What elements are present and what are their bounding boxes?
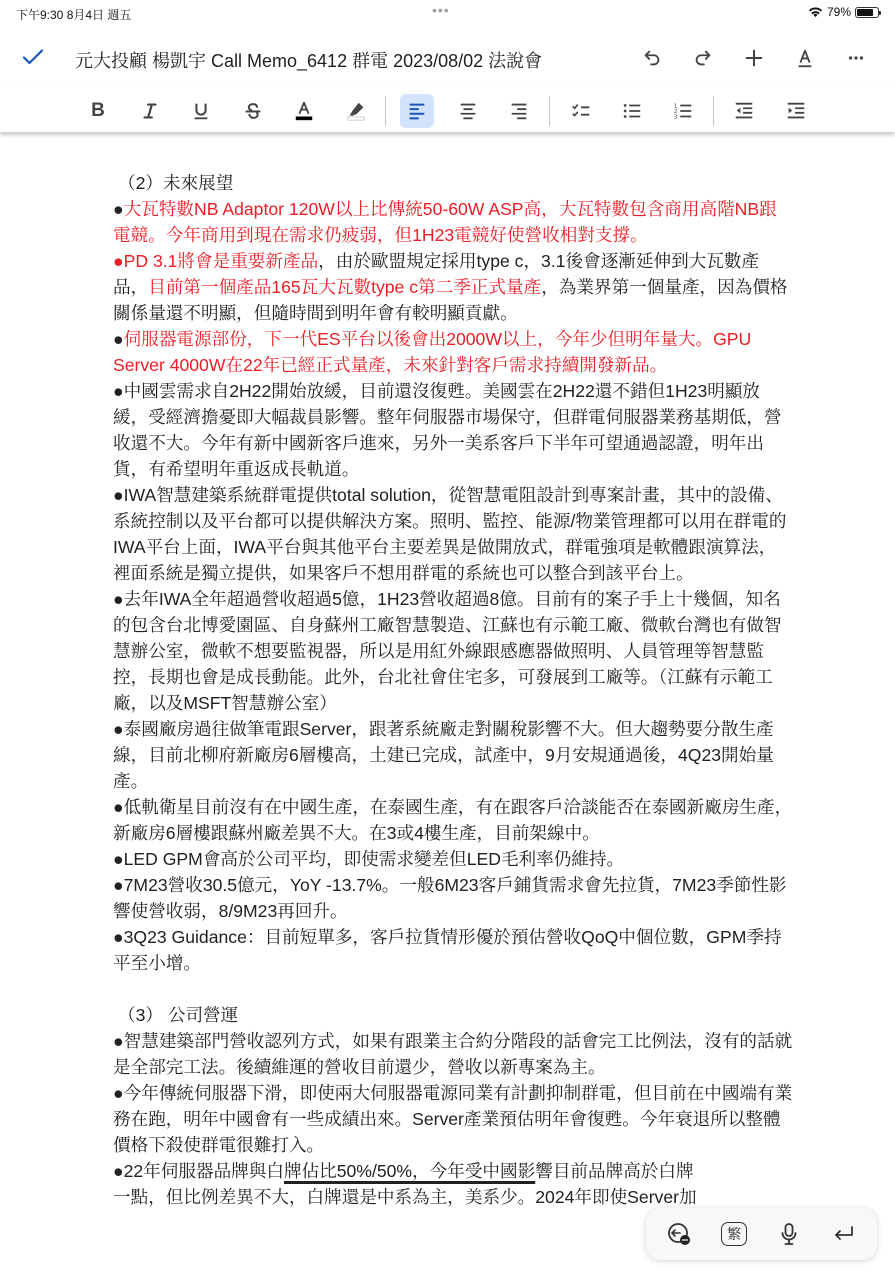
italic-button[interactable] [133, 94, 167, 128]
toolbar-divider [385, 96, 386, 126]
increase-indent-button[interactable] [779, 94, 813, 128]
document-content[interactable]: （2）未來展望 ●大瓦特數NB Adaptor 120W以上比傳統50-60W … [113, 170, 793, 1210]
text-run: ●22年伺服器品牌與白 [113, 1161, 284, 1181]
text-color-button[interactable] [287, 94, 321, 128]
keyboard-assistant-bar: 繁 [646, 1208, 877, 1260]
toolbar-divider [549, 96, 550, 126]
paragraph[interactable]: ●智慧建築部門營收認列方式，如果有跟業主合約分階段的話會完工比例法，沒有的話就是… [113, 1028, 793, 1080]
battery-icon [855, 7, 879, 18]
italic-icon [139, 100, 161, 122]
paragraph[interactable]: ●伺服器電源部份，下一代ES平台以後會出2000W以上，今年少但明年量大。GPU… [113, 326, 793, 378]
done-button[interactable] [20, 44, 46, 70]
bulleted-list-button[interactable] [615, 94, 649, 128]
battery-percent: 79% [827, 5, 851, 19]
undo-circle-icon [666, 1221, 692, 1247]
text-run: 響目前品牌高於白牌 [535, 1161, 693, 1181]
text-run: ● [113, 329, 124, 349]
paragraph[interactable]: ●22年伺服器品牌與白牌佔比50%/50%，今年受中國影響目前品牌高於白牌 [113, 1158, 793, 1184]
dictation-button[interactable] [769, 1214, 809, 1254]
bulleted-list-icon [621, 100, 643, 122]
paragraph[interactable]: ●7M23營收30.5億元，YoY -13.7%。一般6M23客戶鋪貨需求會先拉… [113, 872, 793, 924]
text-run-red: ●PD 3.1將會是重要新產品 [113, 251, 318, 271]
bold-icon: B [91, 100, 105, 122]
toolbar-divider [713, 96, 714, 126]
status-time-date: 下午9:30 8月4日 週五 [16, 6, 131, 23]
document-canvas[interactable]: （2）未來展望 ●大瓦特數NB Adaptor 120W以上比傳統50-60W … [0, 132, 895, 1280]
numbered-list-button[interactable]: 123 [666, 94, 700, 128]
text-run-marked: 牌佔比50%/50%，今年受中國影 [284, 1161, 535, 1181]
checkmark-icon [20, 44, 46, 70]
redo-button[interactable] [677, 42, 728, 74]
align-right-button[interactable] [502, 94, 536, 128]
underline-button[interactable] [184, 94, 218, 128]
section-heading: （3） 公司營運 [113, 1002, 793, 1028]
paragraph[interactable]: ●LED GPM會高於公司平均，即使需求變差但LED毛利率仍維持。 [113, 846, 793, 872]
more-icon [845, 47, 867, 69]
decrease-indent-icon [733, 100, 755, 122]
more-button[interactable] [830, 42, 881, 74]
text-run-red: 目前第一個產品165瓦大瓦數type c第二季正式量產 [148, 277, 541, 297]
text-run-red: 大瓦特數NB Adaptor 120W以上比傳統50-60W ASP高，大瓦特數… [113, 199, 777, 245]
status-bar: 下午9:30 8月4日 週五 ••• 79% [0, 0, 895, 28]
section-heading: （2）未來展望 [113, 170, 793, 196]
increase-indent-icon [785, 100, 807, 122]
plus-icon [743, 47, 765, 69]
decrease-indent-button[interactable] [727, 94, 761, 128]
paragraph[interactable]: ●今年傳統伺服器下滑，即使兩大伺服器電源同業有計劃抑制群電，但目前在中國端有業務… [113, 1080, 793, 1158]
microphone-icon [776, 1221, 802, 1247]
strikethrough-button[interactable] [236, 94, 270, 128]
title-bar: 元大投顧 楊凱宇 Call Memo_6412 群電 2023/08/02 法說… [0, 36, 895, 80]
paragraph[interactable]: ●泰國廠房過往做筆電跟Server，跟著系統廠走對關稅影響不大。但大趨勢要分散生… [113, 716, 793, 794]
status-right: 79% [808, 5, 879, 19]
blank-line [113, 976, 793, 1002]
text-format-button[interactable] [779, 42, 830, 74]
multitask-handle[interactable]: ••• [432, 2, 450, 18]
paragraph[interactable]: ●3Q23 Guidance：目前短單多，客戶拉貨情形優於預估營收QoQ中個位數… [113, 924, 793, 976]
paragraph[interactable]: ●中國雲需求自2H22開始放緩，目前還沒復甦。美國雲在2H22還不錯但1H23明… [113, 378, 793, 482]
return-button[interactable] [824, 1214, 864, 1254]
align-left-button[interactable] [400, 94, 434, 128]
wifi-icon [808, 6, 823, 18]
paragraph[interactable]: ●PD 3.1將會是重要新產品，由於歐盟規定採用type c，3.1後會逐漸延伸… [113, 248, 793, 326]
align-center-icon [457, 100, 479, 122]
numbered-list-icon: 123 [672, 100, 694, 122]
undo-typing-button[interactable] [659, 1214, 699, 1254]
paragraph[interactable]: 一點，但比例差異不大，白牌還是中系為主，美系少。2024年即使Server加 [113, 1184, 793, 1210]
title-actions [626, 42, 881, 74]
align-right-icon [508, 100, 530, 122]
svg-text:3: 3 [674, 114, 678, 120]
undo-button[interactable] [626, 42, 677, 74]
text-run: ● [113, 199, 124, 219]
paragraph[interactable]: ●大瓦特數NB Adaptor 120W以上比傳統50-60W ASP高，大瓦特… [113, 196, 793, 248]
text-color-icon [293, 100, 315, 122]
traditional-chinese-icon: 繁 [721, 1222, 747, 1246]
insert-button[interactable] [728, 42, 779, 74]
text-format-icon [794, 47, 816, 69]
undo-icon [641, 47, 663, 69]
align-center-button[interactable] [451, 94, 485, 128]
underline-icon [190, 100, 212, 122]
bold-button[interactable]: B [81, 94, 115, 128]
highlight-color-button[interactable] [339, 94, 373, 128]
return-icon [831, 1221, 857, 1247]
paragraph[interactable]: ●去年IWA全年超過營收超過5億，1H23營收超過8億。目前有的案子手上十幾個，… [113, 586, 793, 716]
text-run-red: 伺服器電源部份，下一代ES平台以後會出2000W以上，今年少但明年量大。GPU … [113, 329, 751, 375]
strikethrough-icon [242, 100, 264, 122]
paragraph[interactable]: ●低軌衛星目前沒有在中國生產，在泰國生產，有在跟客戶洽談能否在泰國新廠房生產，新… [113, 794, 793, 846]
document-title[interactable]: 元大投顧 楊凱宇 Call Memo_6412 群電 2023/08/02 法說… [75, 47, 542, 73]
paragraph[interactable]: ●IWA智慧建築系統群電提供total solution，從智慧電阻設計到專案計… [113, 482, 793, 586]
checklist-icon [570, 100, 592, 122]
highlighter-icon [345, 100, 367, 122]
redo-icon [692, 47, 714, 69]
format-toolbar: B 123 [0, 88, 895, 132]
align-left-icon [406, 100, 428, 122]
input-mode-button[interactable]: 繁 [714, 1214, 754, 1254]
checklist-button[interactable] [564, 94, 598, 128]
